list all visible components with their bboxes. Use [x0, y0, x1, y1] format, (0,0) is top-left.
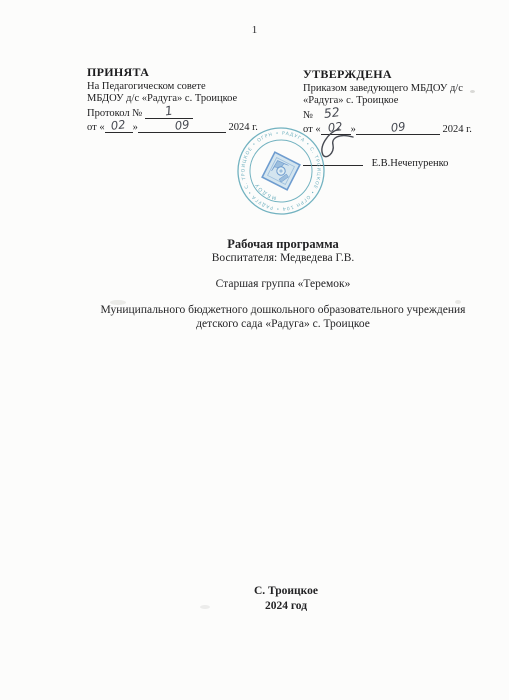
accepted-title: ПРИНЯТА: [87, 66, 299, 79]
scan-speck: [455, 300, 461, 304]
protocol-number-handwritten: 1: [164, 104, 173, 117]
approved-title: УТВЕРЖДЕНА: [303, 68, 501, 81]
approved-date-year-label: 2024 г.: [442, 124, 471, 135]
approved-date-month-handwritten: 09: [390, 121, 406, 135]
scan-speck: [470, 90, 475, 93]
institution-line2: детского сада «Радуга» с. Троицкое: [57, 317, 509, 331]
approved-line1: Приказом заведующего МБДОУ д/с: [303, 83, 501, 96]
footer-year: 2024 год: [61, 599, 509, 614]
scan-speck: [200, 605, 210, 609]
approved-date-row: от «02»09 2024 г.: [303, 122, 501, 137]
official-round-stamp: • РАДУГА • С. ТРОИЦКОЕ • ОГРН 104 • РАДУ…: [221, 111, 341, 231]
footer-block: С. Троицкое 2024 год: [61, 584, 509, 613]
title-block: Рабочая программа Воспитателя: Медведева…: [57, 237, 509, 331]
date-month-line: 09: [138, 120, 226, 133]
institution-line1: Муниципального бюджетного дошкольного об…: [57, 303, 509, 317]
signatory-name: Е.В.Нечепуренко: [372, 158, 449, 169]
group-name: Старшая группа «Теремок»: [57, 277, 509, 291]
date-from-label: от «: [87, 122, 105, 133]
program-title: Рабочая программа: [57, 237, 509, 251]
document-page: 1 ПРИНЯТА На Педагогическом совете МБДОУ…: [0, 0, 509, 700]
spacer: [57, 265, 509, 277]
date-day-line: 02: [105, 120, 133, 133]
protocol-label: Протокол №: [87, 108, 142, 119]
scan-speck: [110, 300, 126, 305]
page-number: 1: [0, 24, 509, 36]
approved-date-day-handwritten: 02: [327, 121, 343, 135]
program-subtitle: Воспитателя: Медведева Г.В.: [57, 251, 509, 265]
accepted-line2: МБДОУ д/с «Радуга» с. Троицкое: [87, 93, 299, 106]
footer-location: С. Троицкое: [61, 584, 509, 599]
date-day-handwritten: 02: [110, 119, 126, 133]
accepted-line1: На Педагогическом совете: [87, 81, 299, 94]
approved-date-month-line: 09: [356, 122, 440, 135]
date-month-handwritten: 09: [174, 119, 190, 133]
approved-block: УТВЕРЖДЕНА Приказом заведующего МБДОУ д/…: [303, 68, 501, 171]
